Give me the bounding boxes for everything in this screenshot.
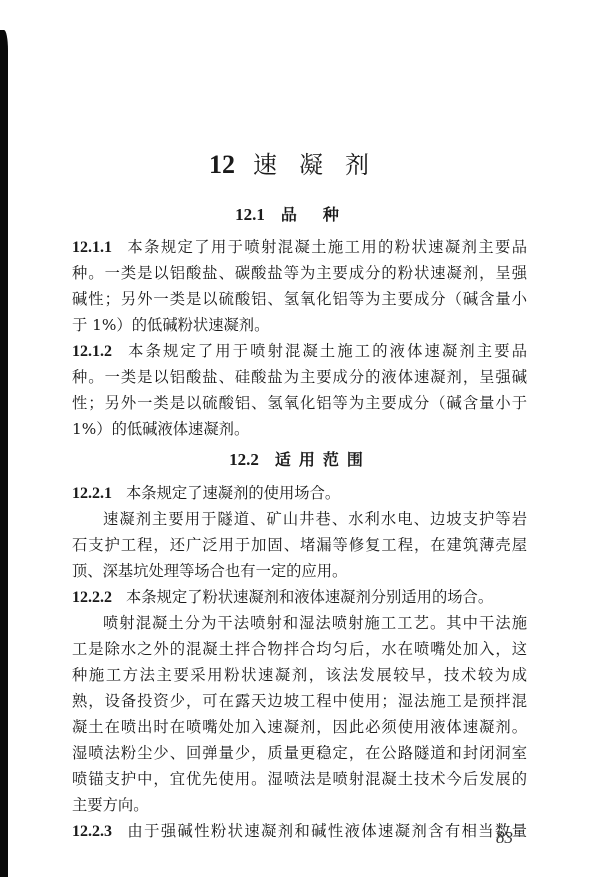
section-heading-12-2: 12.2适用范围: [0, 447, 600, 470]
chapter-name: 速凝剂: [253, 151, 391, 179]
paragraph-line: 12.1.1本条规定了用于喷射混凝土施工用的粉状速凝剂主要品: [72, 234, 527, 260]
page-number: 83: [496, 828, 513, 848]
paragraph-line: 种施工方法主要采用粉状速凝剂，该法发展较早，技术较为成: [72, 662, 527, 688]
clause-number: 12.2.3: [72, 823, 112, 840]
section-number: 12.2: [229, 450, 259, 469]
clause-number: 12.2.1: [72, 485, 112, 502]
paragraph-line: 工是除水之外的混凝土拌合物拌合均匀后，水在喷嘴处加入，这: [72, 636, 527, 662]
paragraph-line: 喷锚支护中，宜优先使用。湿喷法是喷射混凝土技术今后发展的: [72, 766, 527, 792]
line-text: 本条规定了用于喷射混凝土施工的液体速凝剂主要品: [126, 342, 527, 360]
section-name: 适用范围: [275, 450, 371, 469]
clause-number: 12.1.1: [72, 239, 112, 256]
paragraph-line: 石支护工程，还广泛用于加固、堵漏等修复工程，在建筑薄壳屋: [72, 532, 527, 558]
paragraph-line: 凝土在喷出时在喷嘴处加入速凝剂，因此必须使用液体速凝剂。: [72, 714, 527, 740]
chapter-number: 12: [209, 150, 235, 179]
paragraph-line: 碱性；另外一类是以硫酸铝、氢氧化铝等为主要成分（碱含量小: [72, 286, 527, 312]
paragraph-line: 12.2.2本条规定了粉状速凝剂和液体速凝剂分别适用的场合。: [72, 584, 527, 610]
section-heading-12-1: 12.1品种: [0, 202, 600, 225]
paragraph-line: 性；另外一类是以硫酸铝、氢氧化铝等为主要成分（碱含量小于: [72, 390, 527, 416]
paragraph-line: 1%）的低碱液体速凝剂。: [72, 416, 527, 442]
paragraph-line: 顶、深基坑处理等场合也有一定的应用。: [72, 558, 527, 584]
paragraph-line: 湿喷法粉尘少、回弹量少，质量更稳定，在公路隧道和封闭洞室: [72, 740, 527, 766]
clause-number: 12.1.2: [72, 343, 112, 360]
line-text: 本条规定了粉状速凝剂和液体速凝剂分别适用的场合。: [126, 588, 493, 606]
paragraph-line: 主要方向。: [72, 792, 527, 818]
chapter-title: 12速凝剂: [0, 145, 600, 180]
paragraph-line: 速凝剂主要用于隧道、矿山井巷、水利水电、边坡支护等岩: [72, 506, 527, 532]
paragraph-line: 12.2.3由于强碱性粉状速凝剂和碱性液体速凝剂含有相当数量: [72, 818, 527, 844]
paragraph-line: 熟，设备投资少，可在露天边坡工程中使用；湿法施工是预拌混: [72, 688, 527, 714]
paragraph-line: 喷射混凝土分为干法喷射和湿法喷射施工工艺。其中干法施: [72, 610, 527, 636]
section-number: 12.1: [235, 205, 265, 224]
line-text: 由于强碱性粉状速凝剂和碱性液体速凝剂含有相当数量: [126, 822, 527, 840]
section-name: 品种: [281, 205, 365, 224]
line-text: 本条规定了用于喷射混凝土施工用的粉状速凝剂主要品: [126, 238, 527, 256]
paragraph-line: 于 1%）的低碱粉状速凝剂。: [72, 312, 527, 338]
paragraph-line: 12.1.2本条规定了用于喷射混凝土施工的液体速凝剂主要品: [72, 338, 527, 364]
paragraph-line: 12.2.1本条规定了速凝剂的使用场合。: [72, 480, 527, 506]
clause-number: 12.2.2: [72, 589, 112, 606]
paragraph-line: 种。一类是以铝酸盐、硅酸盐为主要成分的液体速凝剂，呈强碱: [72, 364, 527, 390]
line-text: 本条规定了速凝剂的使用场合。: [126, 484, 340, 502]
paragraph-line: 种。一类是以铝酸盐、碳酸盐等为主要成分的粉状速凝剂，呈强: [72, 260, 527, 286]
